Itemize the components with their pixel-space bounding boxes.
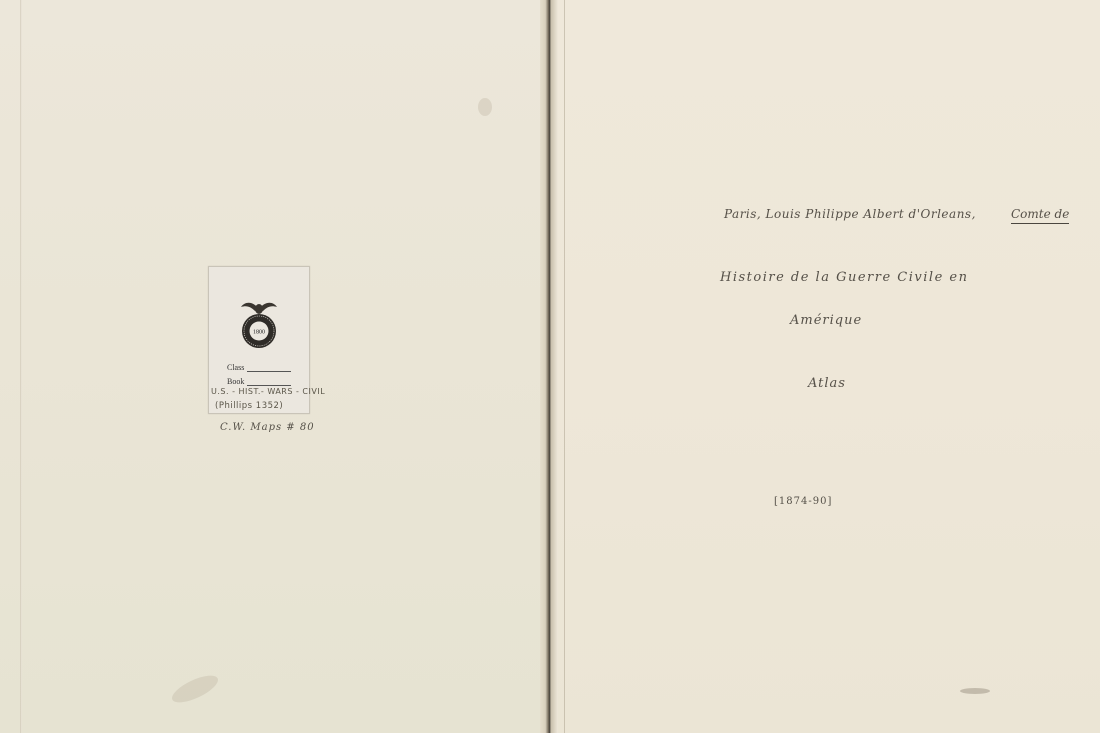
author-title: Comte de <box>1011 207 1069 224</box>
left-page-fold <box>20 0 22 733</box>
maps-catalog-note: C.W. Maps # 80 <box>220 422 315 433</box>
right-page <box>556 0 1100 733</box>
bookplate-classification: U.S. - HIST.- WARS - CIVIL <box>211 387 325 396</box>
book-field: Book <box>227 377 291 386</box>
bookplate-phillips-number: (Phillips 1352) <box>215 401 283 411</box>
library-bookplate: 1800 Class Book U.S. - HIST.- WARS - CIV… <box>208 266 310 414</box>
paper-stain <box>478 98 492 116</box>
book-subtitle: Atlas <box>808 376 846 391</box>
svg-text:1800: 1800 <box>253 330 265 336</box>
book-title-line2: Amérique <box>790 313 862 328</box>
author-name: Paris, Louis Philippe Albert d'Orleans, <box>724 207 976 221</box>
library-of-congress-seal-icon: 1800 <box>239 295 279 351</box>
publication-date: [1874-90] <box>774 496 832 507</box>
paper-stain <box>960 688 990 694</box>
book-gutter <box>540 0 558 733</box>
class-field: Class <box>227 363 291 372</box>
book-title-line1: Histoire de la Guerre Civile en <box>720 270 968 285</box>
right-page-fold <box>564 0 565 733</box>
